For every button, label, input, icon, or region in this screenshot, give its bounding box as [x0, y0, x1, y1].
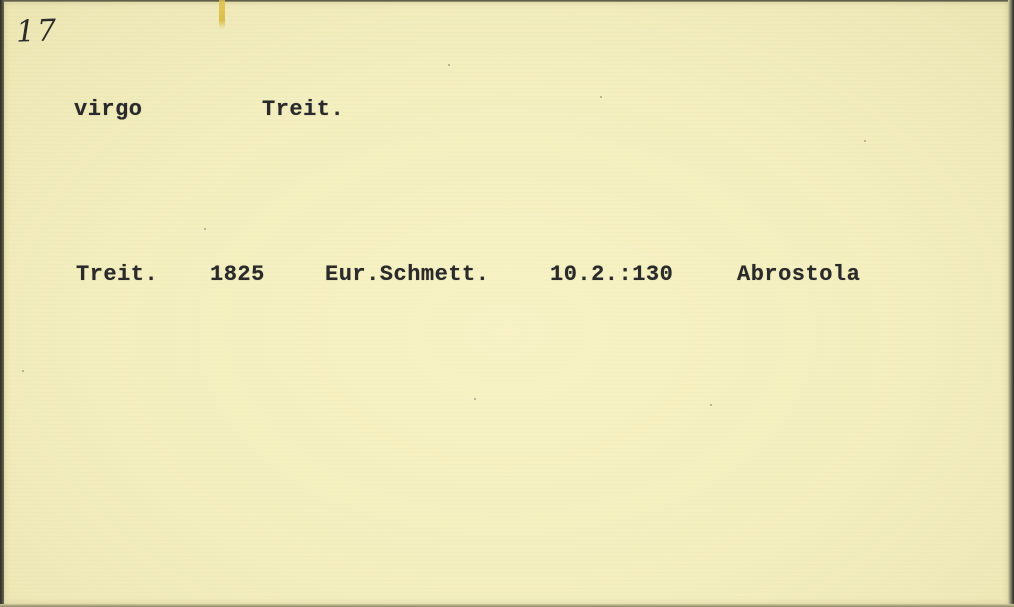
paper-speck — [710, 404, 712, 406]
paper-speck — [864, 140, 866, 142]
citation-volume-page: 10.2.:130 — [550, 262, 673, 287]
yellow-tab-marker — [219, 0, 225, 29]
species-author: Treit. — [262, 97, 344, 122]
card-right-edge — [1008, 0, 1014, 607]
paper-speck — [22, 370, 24, 372]
index-card — [4, 2, 1008, 604]
citation-genus: Abrostola — [737, 262, 860, 287]
paper-speck — [600, 96, 602, 98]
citation-publication: Eur.Schmett. — [325, 262, 489, 287]
citation-author: Treit. — [76, 262, 158, 287]
species-name: virgo — [74, 97, 143, 122]
paper-speck — [474, 398, 476, 400]
paper-speck — [204, 228, 206, 230]
paper-speck — [448, 64, 450, 66]
handwritten-card-number: 17 — [15, 13, 58, 49]
citation-year: 1825 — [210, 262, 265, 287]
